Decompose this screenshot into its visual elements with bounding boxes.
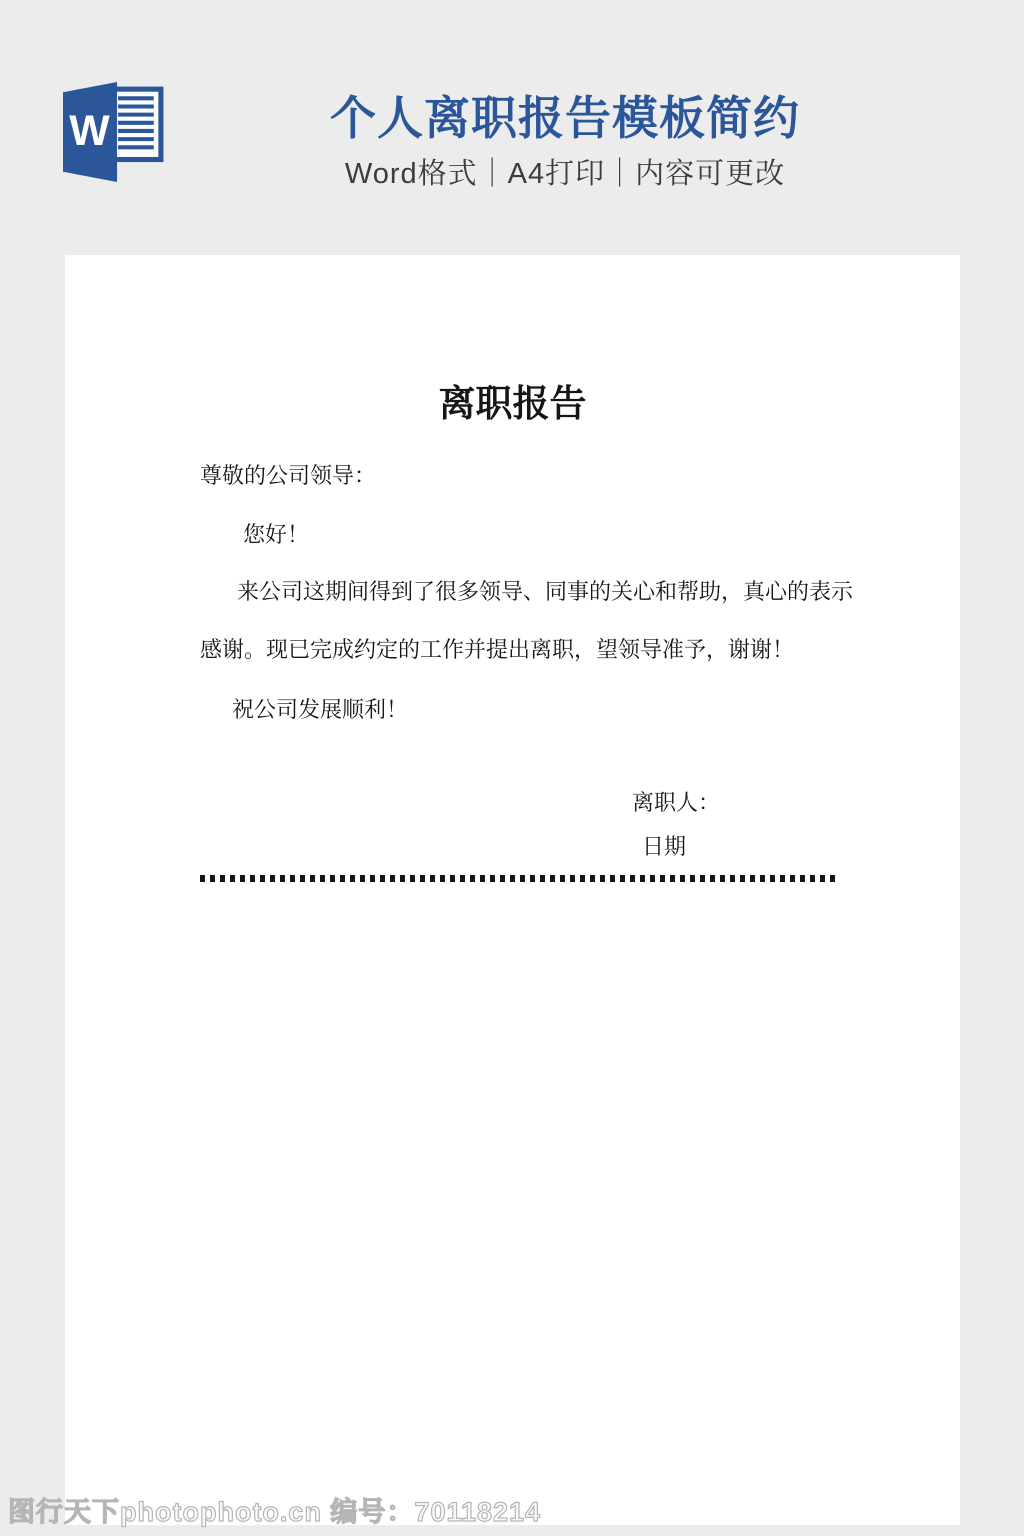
letter-salutation: 尊敬的公司领导：	[200, 463, 376, 489]
letter-title: 离职报告	[65, 385, 960, 425]
resignation-letter: 离职报告 尊敬的公司领导： 您好！ 来公司这期间得到了很多领导、同事的关心和帮助…	[65, 255, 960, 1525]
template-title: 个人离职报告模板简约	[106, 92, 1024, 144]
header-text-block: 个人离职报告模板简约 Word格式｜A4打印｜内容可更改	[106, 92, 1024, 191]
site-watermark: 图行天下photophoto.cn 编号：70118214	[8, 1490, 541, 1529]
letter-signature-label: 离职人：	[632, 790, 720, 816]
word-icon-letter: W	[69, 107, 110, 155]
template-header: W 个人离职报告模板简约 Word格式｜A4打印｜内容可更改	[0, 0, 1024, 255]
letter-body-line-1: 来公司这期间得到了很多领导、同事的关心和帮助，真心的表示	[237, 579, 853, 605]
letter-greeting: 您好！	[243, 522, 309, 548]
dotted-divider	[200, 875, 838, 882]
letter-body-line-2: 感谢。现已完成约定的工作并提出离职，望领导准予，谢谢！	[200, 637, 794, 663]
letter-closing-wish: 祝公司发展顺利！	[232, 697, 408, 723]
template-subtitle: Word格式｜A4打印｜内容可更改	[106, 157, 1024, 191]
letter-date-label: 日期	[642, 834, 686, 860]
document-page: 离职报告 尊敬的公司领导： 您好！ 来公司这期间得到了很多领导、同事的关心和帮助…	[65, 255, 960, 1525]
